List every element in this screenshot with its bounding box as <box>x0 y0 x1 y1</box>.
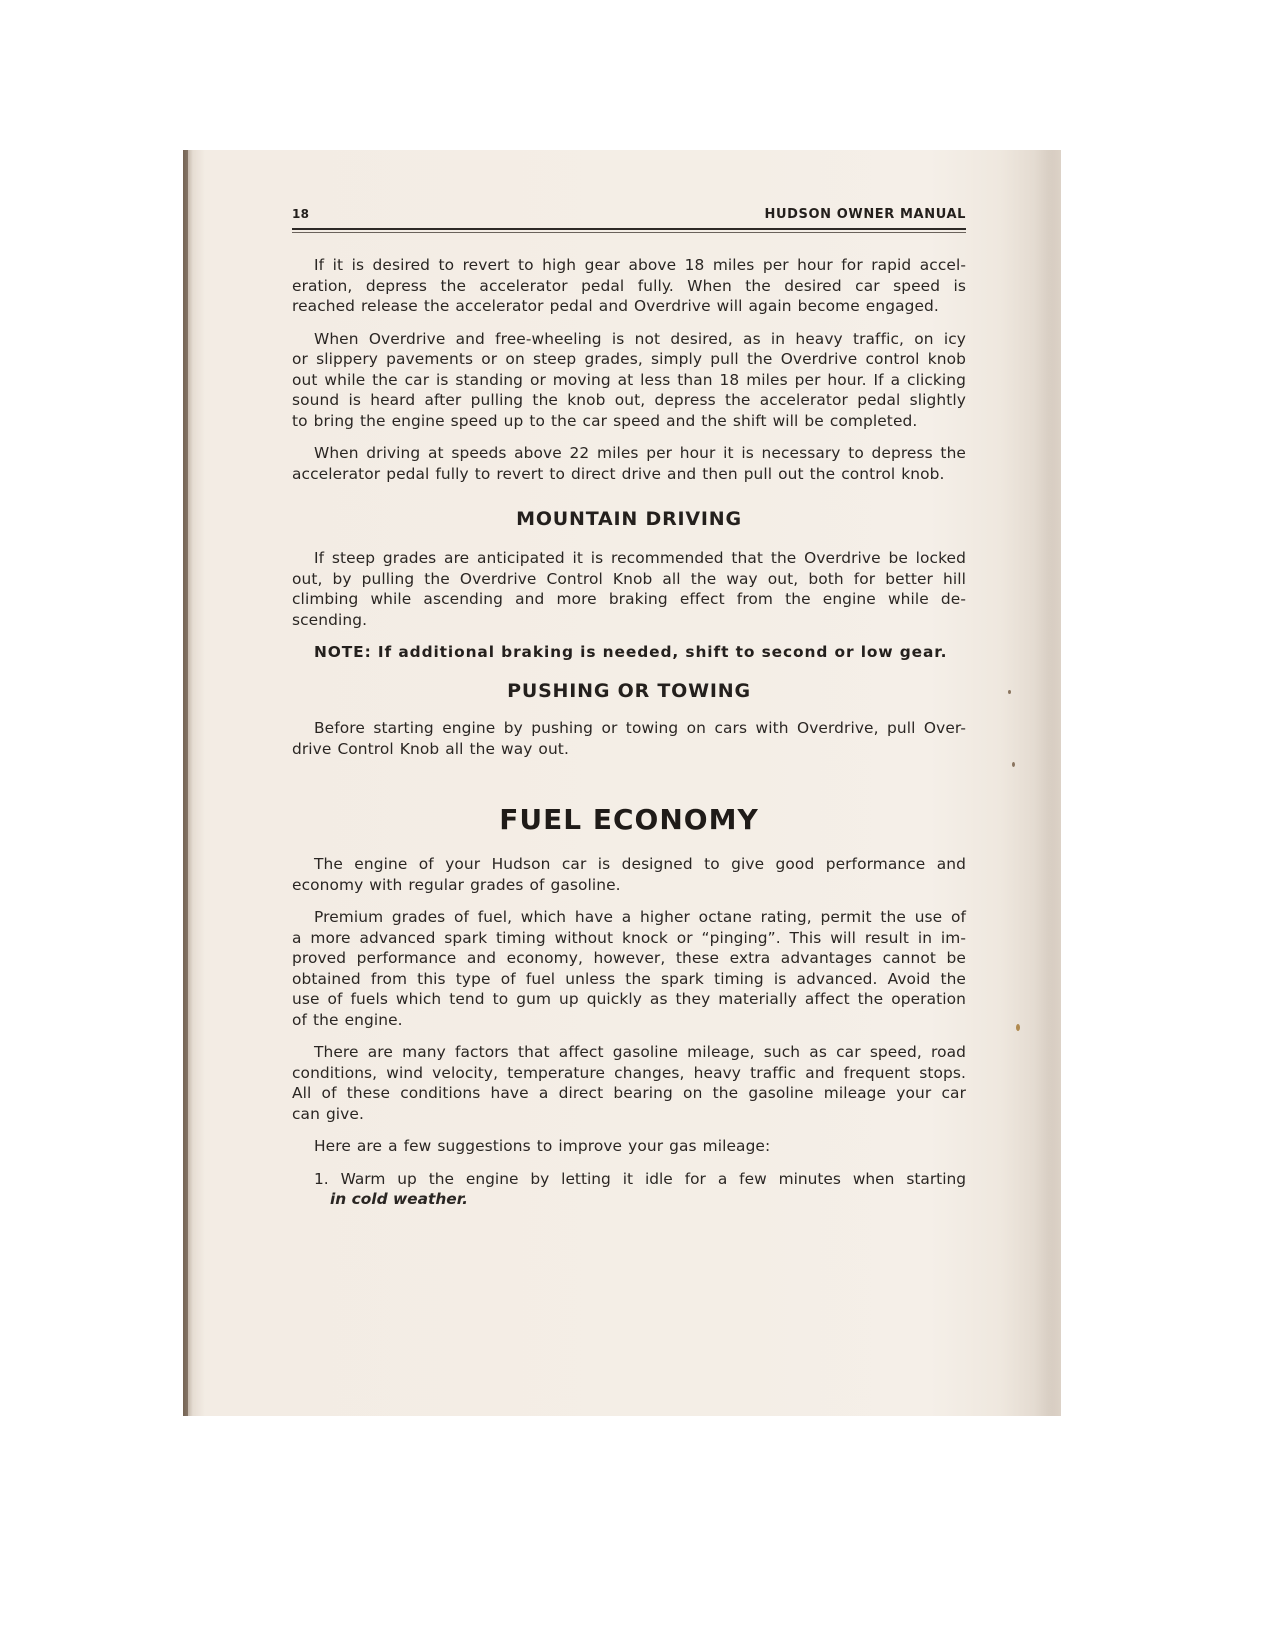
text-line: out while the car is standing or moving … <box>292 370 966 391</box>
paragraph: The engine of your Hudson car is designe… <box>292 854 966 895</box>
text-line: of the engine. <box>292 1010 966 1031</box>
paragraph: When driving at speeds above 22 miles pe… <box>292 443 966 484</box>
paper-speck <box>1012 762 1015 767</box>
text-line: conditions, wind velocity, temperature c… <box>292 1063 966 1084</box>
mountain-driving-paragraph: If steep grades are anticipated it is re… <box>292 548 966 630</box>
running-title: HUDSON OWNER MANUAL <box>764 207 966 222</box>
paragraph: When Overdrive and free-wheeling is not … <box>292 329 966 432</box>
text-line: proved performance and economy, however,… <box>292 948 966 969</box>
header-rule-thin <box>292 232 966 233</box>
paper-speck <box>1008 690 1011 694</box>
text-line: economy with regular grades of gasoline. <box>292 875 966 896</box>
text-line: If it is desired to revert to high gear … <box>292 255 966 276</box>
text-line: Here are a few suggestions to improve yo… <box>292 1136 966 1157</box>
text-line: reached release the accelerator pedal an… <box>292 296 966 317</box>
text-line: accelerator pedal fully to revert to dir… <box>292 464 966 485</box>
manual-page: 18 HUDSON OWNER MANUAL If it is desired … <box>292 200 966 1210</box>
header-rule <box>292 228 966 230</box>
text-line: Premium grades of fuel, which have a hig… <box>292 907 966 928</box>
page-number: 18 <box>292 207 309 221</box>
mountain-driving-heading: MOUNTAIN DRIVING <box>292 508 966 530</box>
text-line: All of these conditions have a direct be… <box>292 1083 966 1104</box>
text-line: The engine of your Hudson car is designe… <box>292 854 966 875</box>
text-line: sound is heard after pulling the knob ou… <box>292 390 966 411</box>
fuel-economy-section: The engine of your Hudson car is designe… <box>292 854 966 1157</box>
text-line: out, by pulling the Overdrive Control Kn… <box>292 569 966 590</box>
text-line: a more advanced spark timing without kno… <box>292 928 966 949</box>
paper-speck <box>1016 1024 1020 1031</box>
text-line: to bring the engine speed up to the car … <box>292 411 966 432</box>
text-line: There are many factors that affect gasol… <box>292 1042 966 1063</box>
text-line: Before starting engine by pushing or tow… <box>292 718 966 739</box>
paragraph: If it is desired to revert to high gear … <box>292 255 966 317</box>
binding-edge-shadow <box>183 150 188 1416</box>
page-header: 18 HUDSON OWNER MANUAL <box>292 200 966 224</box>
text-line: climbing while ascending and more brakin… <box>292 589 966 610</box>
suggestion-item: 1. Warm up the engine by letting it idle… <box>292 1169 966 1210</box>
suggestion-list: 1. Warm up the engine by letting it idle… <box>292 1169 966 1210</box>
paragraph: Here are a few suggestions to improve yo… <box>292 1136 966 1157</box>
text-line: When driving at speeds above 22 miles pe… <box>292 443 966 464</box>
text-line: in cold weather. <box>292 1189 966 1210</box>
braking-note: NOTE: If additional braking is needed, s… <box>292 642 966 662</box>
text-line: use of fuels which tend to gum up quickl… <box>292 989 966 1010</box>
intro-section: If it is desired to revert to high gear … <box>292 255 966 484</box>
page-body: If it is desired to revert to high gear … <box>292 255 966 1210</box>
fuel-economy-heading: FUEL ECONOMY <box>292 803 966 836</box>
text-line: drive Control Knob all the way out. <box>292 739 966 760</box>
emphasized-text: in cold weather. <box>330 1190 468 1208</box>
paragraph: Premium grades of fuel, which have a hig… <box>292 907 966 1030</box>
text-line: eration, depress the accelerator pedal f… <box>292 276 966 297</box>
text-line: or slippery pavements or on steep grades… <box>292 349 966 370</box>
text-line: 1. Warm up the engine by letting it idle… <box>292 1169 966 1190</box>
text-line: can give. <box>292 1104 966 1125</box>
text-line: obtained from this type of fuel unless t… <box>292 969 966 990</box>
text-line: When Overdrive and free-wheeling is not … <box>292 329 966 350</box>
paragraph: There are many factors that affect gasol… <box>292 1042 966 1124</box>
text-line: scending. <box>292 610 966 631</box>
pushing-towing-paragraph: Before starting engine by pushing or tow… <box>292 718 966 759</box>
pushing-towing-heading: PUSHING OR TOWING <box>292 680 966 702</box>
text-line: If steep grades are anticipated it is re… <box>292 548 966 569</box>
